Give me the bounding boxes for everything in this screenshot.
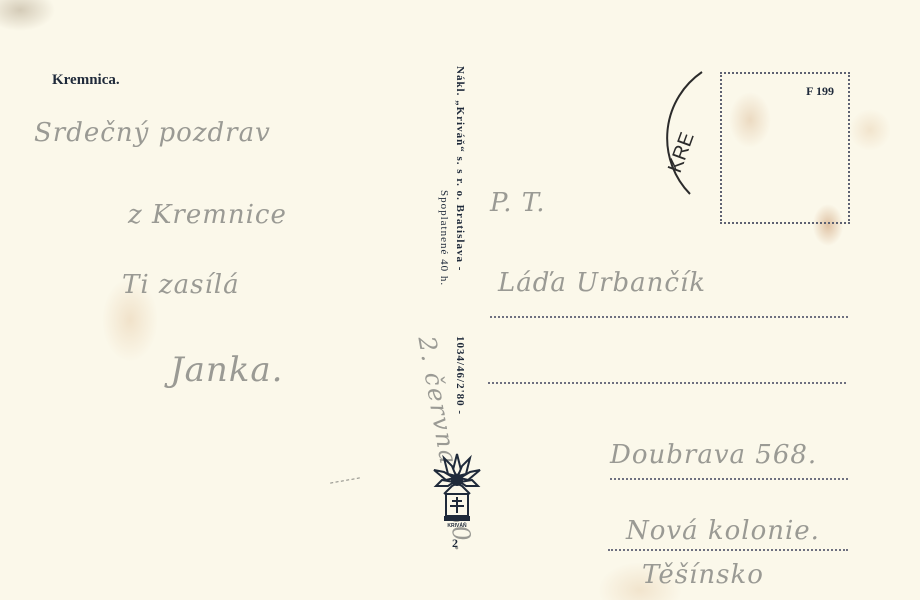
message-line-1: Srdečný pozdrav	[34, 118, 271, 148]
address-line-4	[608, 549, 848, 551]
publisher-line-1: Nákl. „Kriváň“ s. s r. o. Bratislava -	[454, 66, 466, 271]
address-locality: Nová kolonie.	[626, 516, 820, 546]
page-number: 2	[452, 536, 458, 551]
postcard-title: Kremnica.	[52, 72, 120, 89]
publisher-line-2: Spoplatnené 40 h.	[438, 190, 450, 286]
message-line-2: z Kremnice	[128, 200, 287, 230]
postmark-text: KRE	[664, 130, 699, 176]
edelweiss-logo-icon: KRIVÁŇ	[432, 450, 482, 528]
message-line-3: Ti zasílá	[122, 270, 240, 300]
print-code: 1034/46/2'80 -	[454, 336, 466, 415]
address-line-2	[488, 382, 846, 384]
postcard-back: Kremnica. Srdečný pozdrav z Kremnice Ti …	[0, 0, 920, 600]
pencil-mark	[330, 477, 360, 483]
address-street: Doubrava 568.	[610, 440, 817, 470]
logo-label: KRIVÁŇ	[447, 521, 467, 528]
stamp-code: F 199	[806, 84, 834, 99]
address-salutation: P. T.	[490, 188, 546, 218]
address-line-1	[490, 316, 848, 318]
message-signature: Janka.	[170, 350, 283, 390]
address-district: Těšínsko	[642, 560, 764, 590]
stamp-placeholder: F 199	[720, 72, 850, 224]
address-name: Láďa Urbančík	[498, 268, 706, 298]
address-line-3	[610, 478, 848, 480]
